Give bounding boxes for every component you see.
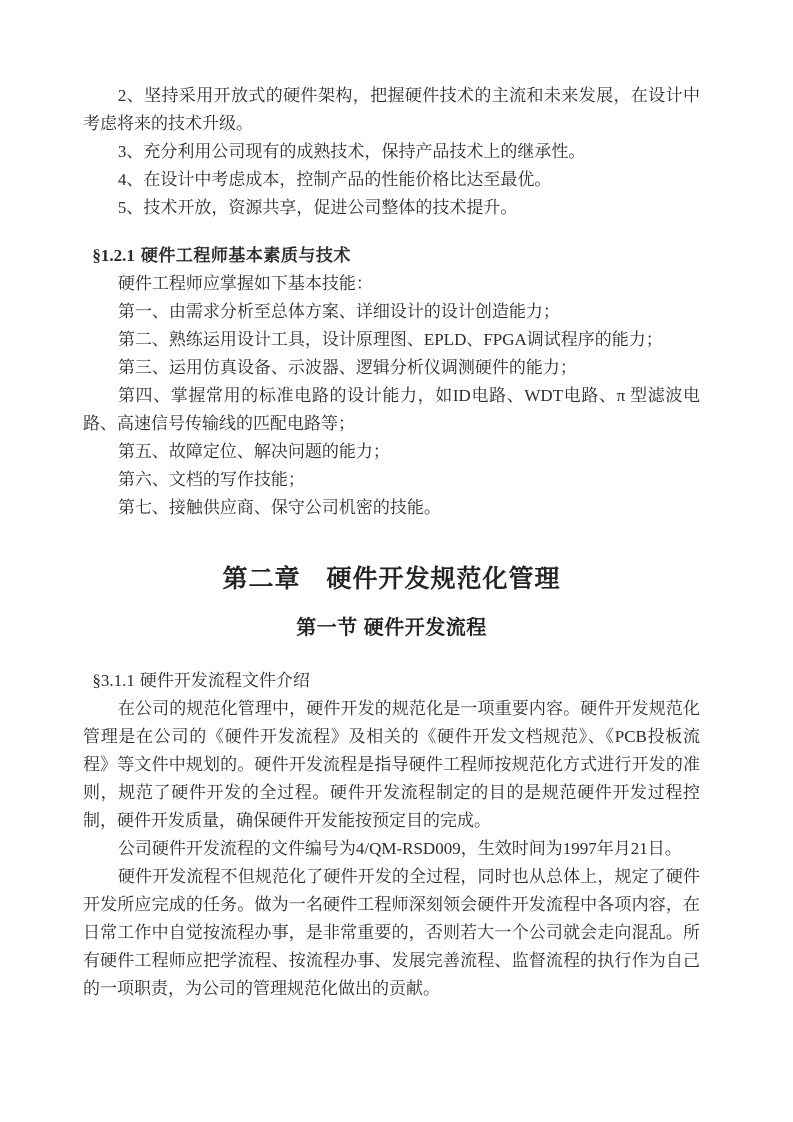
chapter-heading: 第二章 硬件开发规范化管理 (83, 562, 700, 596)
section-1-2-1-title: 硬件工程师基本素质与技术 (141, 246, 351, 265)
section-3-1-1-title: 硬件开发流程文件介绍 (140, 671, 310, 690)
section-1-2-1-heading: §1.2.1硬件工程师基本素质与技术 (83, 242, 700, 270)
section-3-1-1-number: §3.1.1 (92, 671, 135, 690)
skill-item-3: 第三、运用仿真设备、示波器、逻辑分析仪调测硬件的能力； (83, 354, 700, 382)
section-1-2-1-number: §1.2.1 (92, 246, 135, 265)
guideline-item-3: 3、充分利用公司现有的成熟技术，保持产品技术上的继承性。 (83, 138, 700, 166)
skill-item-2: 第二、熟练运用设计工具，设计原理图、EPLD、FPGA调试程序的能力； (83, 326, 700, 354)
intro-paragraph-2: 公司硬件开发流程的文件编号为4/QM-RSD009，生效时间为1997年月21日… (83, 835, 700, 863)
skill-item-5: 第五、故障定位、解决问题的能力； (83, 438, 700, 466)
skills-lead-text: 硬件工程师应掌握如下基本技能： (83, 270, 700, 298)
section-heading: 第一节 硬件开发流程 (83, 614, 700, 642)
skill-item-6: 第六、文档的写作技能； (83, 466, 700, 494)
document-page: 2、坚持采用开放式的硬件架构，把握硬件技术的主流和未来发展，在设计中考虑将来的技… (0, 0, 793, 1122)
guideline-item-2: 2、坚持采用开放式的硬件架构，把握硬件技术的主流和未来发展，在设计中考虑将来的技… (83, 82, 700, 138)
intro-paragraph-1: 在公司的规范化管理中，硬件开发的规范化是一项重要内容。硬件开发规范化管理是在公司… (83, 695, 700, 835)
guideline-item-5: 5、技术开放，资源共享，促进公司整体的技术提升。 (83, 194, 700, 222)
intro-paragraph-3: 硬件开发流程不但规范化了硬件开发的全过程，同时也从总体上，规定了硬件开发所应完成… (83, 863, 700, 1003)
guideline-item-4: 4、在设计中考虑成本，控制产品的性能价格比达至最优。 (83, 166, 700, 194)
skill-item-1: 第一、由需求分析至总体方案、详细设计的设计创造能力； (83, 298, 700, 326)
skill-item-7: 第七、接触供应商、保守公司机密的技能。 (83, 494, 700, 522)
skill-item-4: 第四、掌握常用的标准电路的设计能力，如ID电路、WDT电路、π 型滤波电路、高速… (83, 382, 700, 438)
section-3-1-1-heading: §3.1.1硬件开发流程文件介绍 (83, 667, 700, 695)
